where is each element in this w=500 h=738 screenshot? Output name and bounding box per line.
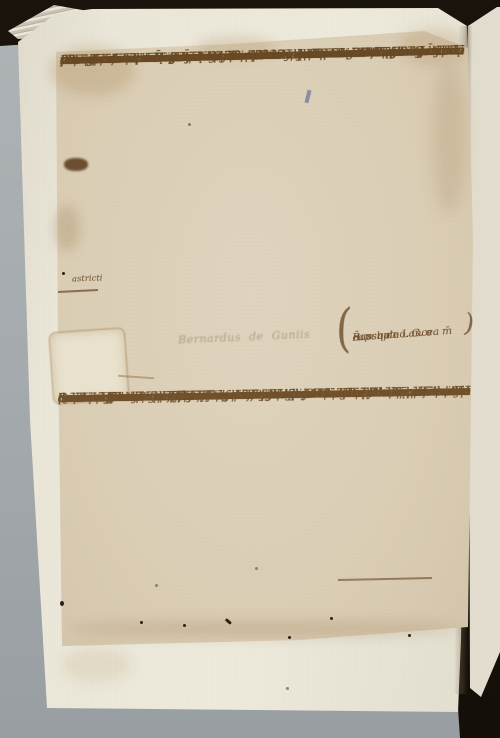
ink-speck (155, 584, 158, 587)
ink-speck (62, 272, 65, 275)
ink-speck (183, 624, 186, 627)
stain (432, 64, 466, 214)
ink-speck (408, 634, 411, 637)
ink-speck (255, 567, 258, 570)
manuscript-photo: P9erm̄ · fideli n̄ro Raymūdo d podiolo o… (0, 0, 500, 738)
ink-speck (188, 123, 191, 126)
stain (70, 620, 460, 638)
ink-blotch (64, 158, 88, 171)
opening-bracket-flourish: ( (336, 322, 353, 336)
ink-speck (286, 687, 289, 690)
ink-speck (330, 617, 333, 620)
ink-speck (288, 636, 291, 639)
ink-speck (60, 601, 64, 606)
interlinear-insertion: astricti (72, 273, 103, 284)
ink-speck (140, 621, 143, 624)
stain (62, 648, 132, 682)
stain (54, 205, 80, 251)
